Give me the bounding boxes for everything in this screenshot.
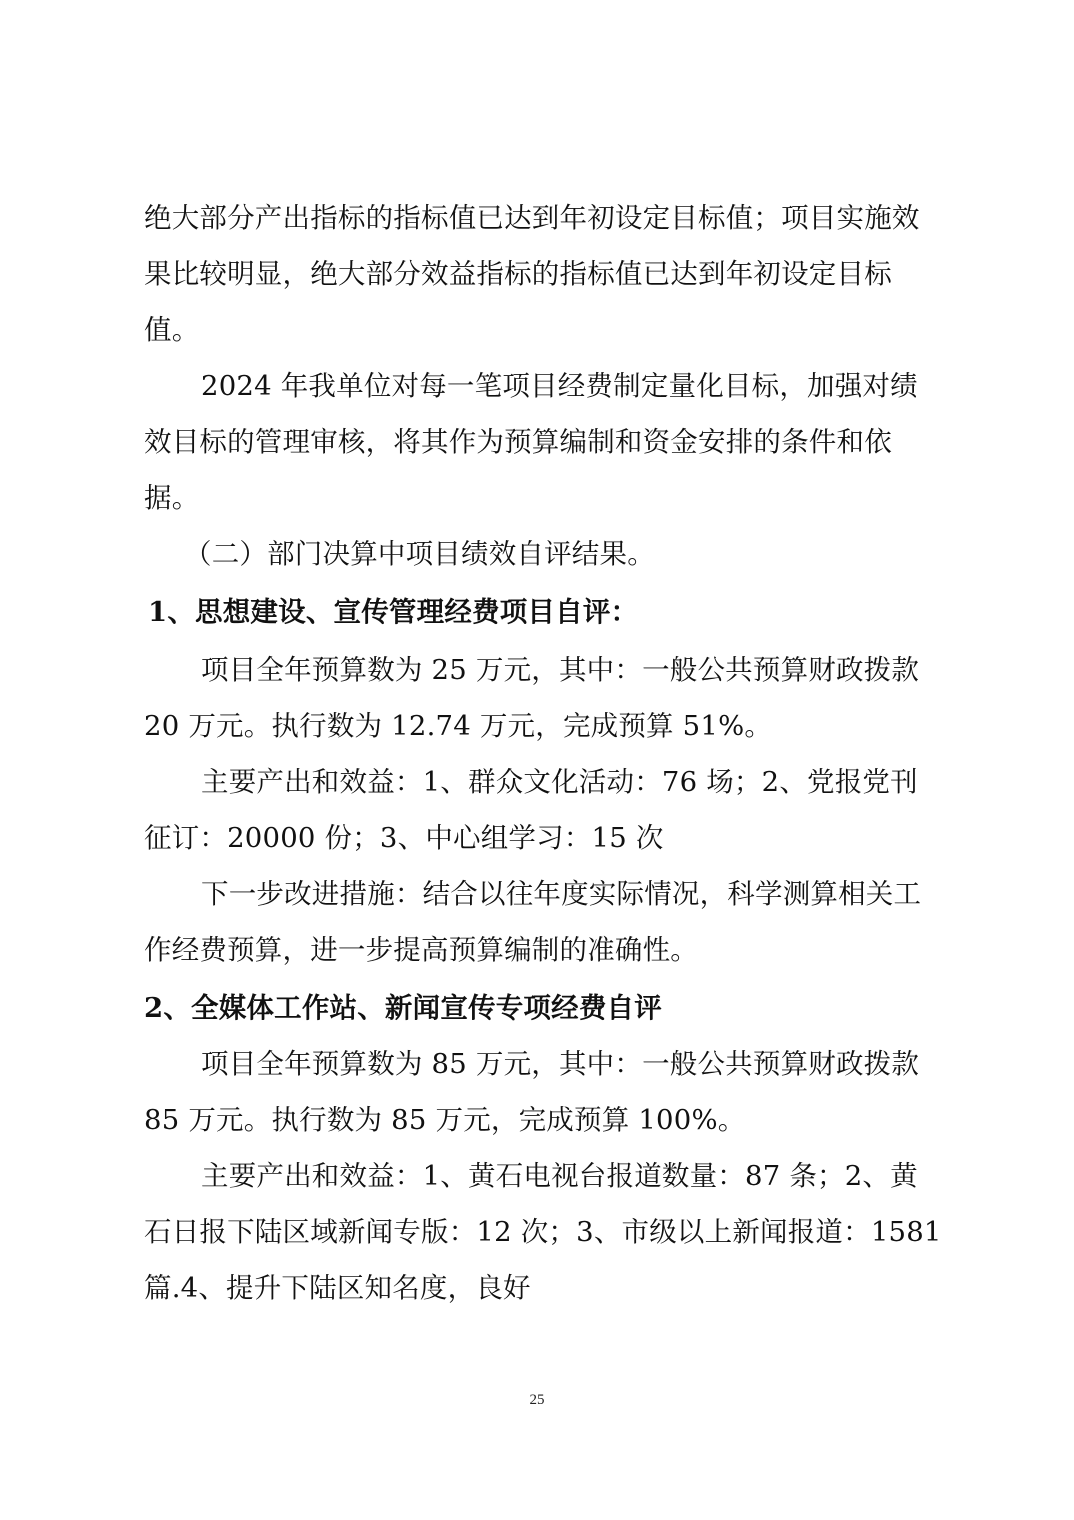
paragraph-line: 果比较明显，绝大部分效益指标的指标值已达到年初设定目标 [144,256,944,292]
document-page: 绝大部分产出指标的指标值已达到年初设定目标值；项目实施效 果比较明显，绝大部分效… [0,0,1074,1520]
paragraph-line: 2024 年我单位对每一笔项目经费制定量化目标，加强对绩 [201,368,1001,404]
paragraph-line: 石日报下陆区域新闻专版：12 次；3、市级以上新闻报道：1581 [144,1214,944,1250]
paragraph-line: 效目标的管理审核，将其作为预算编制和资金安排的条件和依 [144,424,944,460]
section-title: （二）部门决算中项目绩效自评结果。 [184,536,984,572]
paragraph-line: 20 万元。执行数为 12.74 万元，完成预算 51%。 [144,708,944,744]
project-1-heading: 1、思想建设、宣传管理经费项目自评： [148,594,948,630]
paragraph-line: 下一步改进措施：结合以往年度实际情况，科学测算相关工 [201,876,1001,912]
paragraph-line: 项目全年预算数为 85 万元，其中：一般公共预算财政拨款 [201,1046,1001,1082]
paragraph-line: 篇.4、提升下陆区知名度，良好 [144,1270,944,1306]
paragraph-line: 85 万元。执行数为 85 万元，完成预算 100%。 [144,1102,944,1138]
paragraph-line: 值。 [144,312,944,348]
page-number: 25 [0,1392,1074,1409]
paragraph-line: 作经费预算，进一步提高预算编制的准确性。 [144,932,944,968]
paragraph-line: 项目全年预算数为 25 万元，其中：一般公共预算财政拨款 [201,652,1001,688]
paragraph-line: 主要产出和效益：1、黄石电视台报道数量：87 条；2、黄 [201,1158,1001,1194]
paragraph-line: 征订：20000 份；3、中心组学习：15 次 [144,820,944,856]
paragraph-line: 绝大部分产出指标的指标值已达到年初设定目标值；项目实施效 [144,200,944,236]
paragraph-line: 据。 [144,480,944,516]
project-2-heading: 2、全媒体工作站、新闻宣传专项经费自评 [144,990,944,1026]
paragraph-line: 主要产出和效益：1、群众文化活动：76 场；2、党报党刊 [201,764,1001,800]
